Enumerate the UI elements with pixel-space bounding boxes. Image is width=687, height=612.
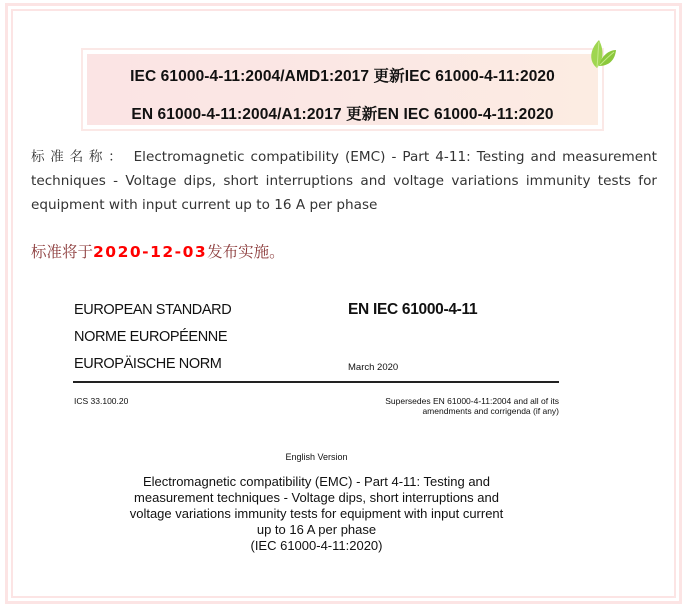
heading-german: EUROPÄISCHE NORM <box>74 356 221 372</box>
heading-french: NORME EUROPÉENNE <box>74 329 227 345</box>
cover-title-line: (IEC 61000-4-11:2020) <box>100 538 533 554</box>
cover-title: Electromagnetic compatibility (EMC) - Pa… <box>100 474 533 554</box>
cover-title-line: voltage variations immunity tests for eq… <box>100 506 533 522</box>
standard-cover-image: EUROPEAN STANDARD NORME EUROPÉENNE EUROP… <box>0 0 687 612</box>
publication-date: March 2020 <box>348 362 398 373</box>
cover-title-line: Electromagnetic compatibility (EMC) - Pa… <box>100 474 533 490</box>
supersedes-note: Supersedes EN 61000-4-11:2004 and all of… <box>385 396 559 416</box>
cover-title-line: measurement techniques - Voltage dips, s… <box>100 490 533 506</box>
supersedes-line-1: Supersedes EN 61000-4-11:2004 and all of… <box>385 396 559 406</box>
ics-code: ICS 33.100.20 <box>74 396 128 406</box>
standard-number: EN IEC 61000-4-11 <box>348 301 477 319</box>
language-version: English Version <box>0 452 633 462</box>
supersedes-line-2: amendments and corrigenda (if any) <box>385 406 559 416</box>
cover-divider <box>73 381 559 383</box>
heading-english: EUROPEAN STANDARD <box>74 302 231 318</box>
cover-title-line: up to 16 A per phase <box>100 522 533 538</box>
